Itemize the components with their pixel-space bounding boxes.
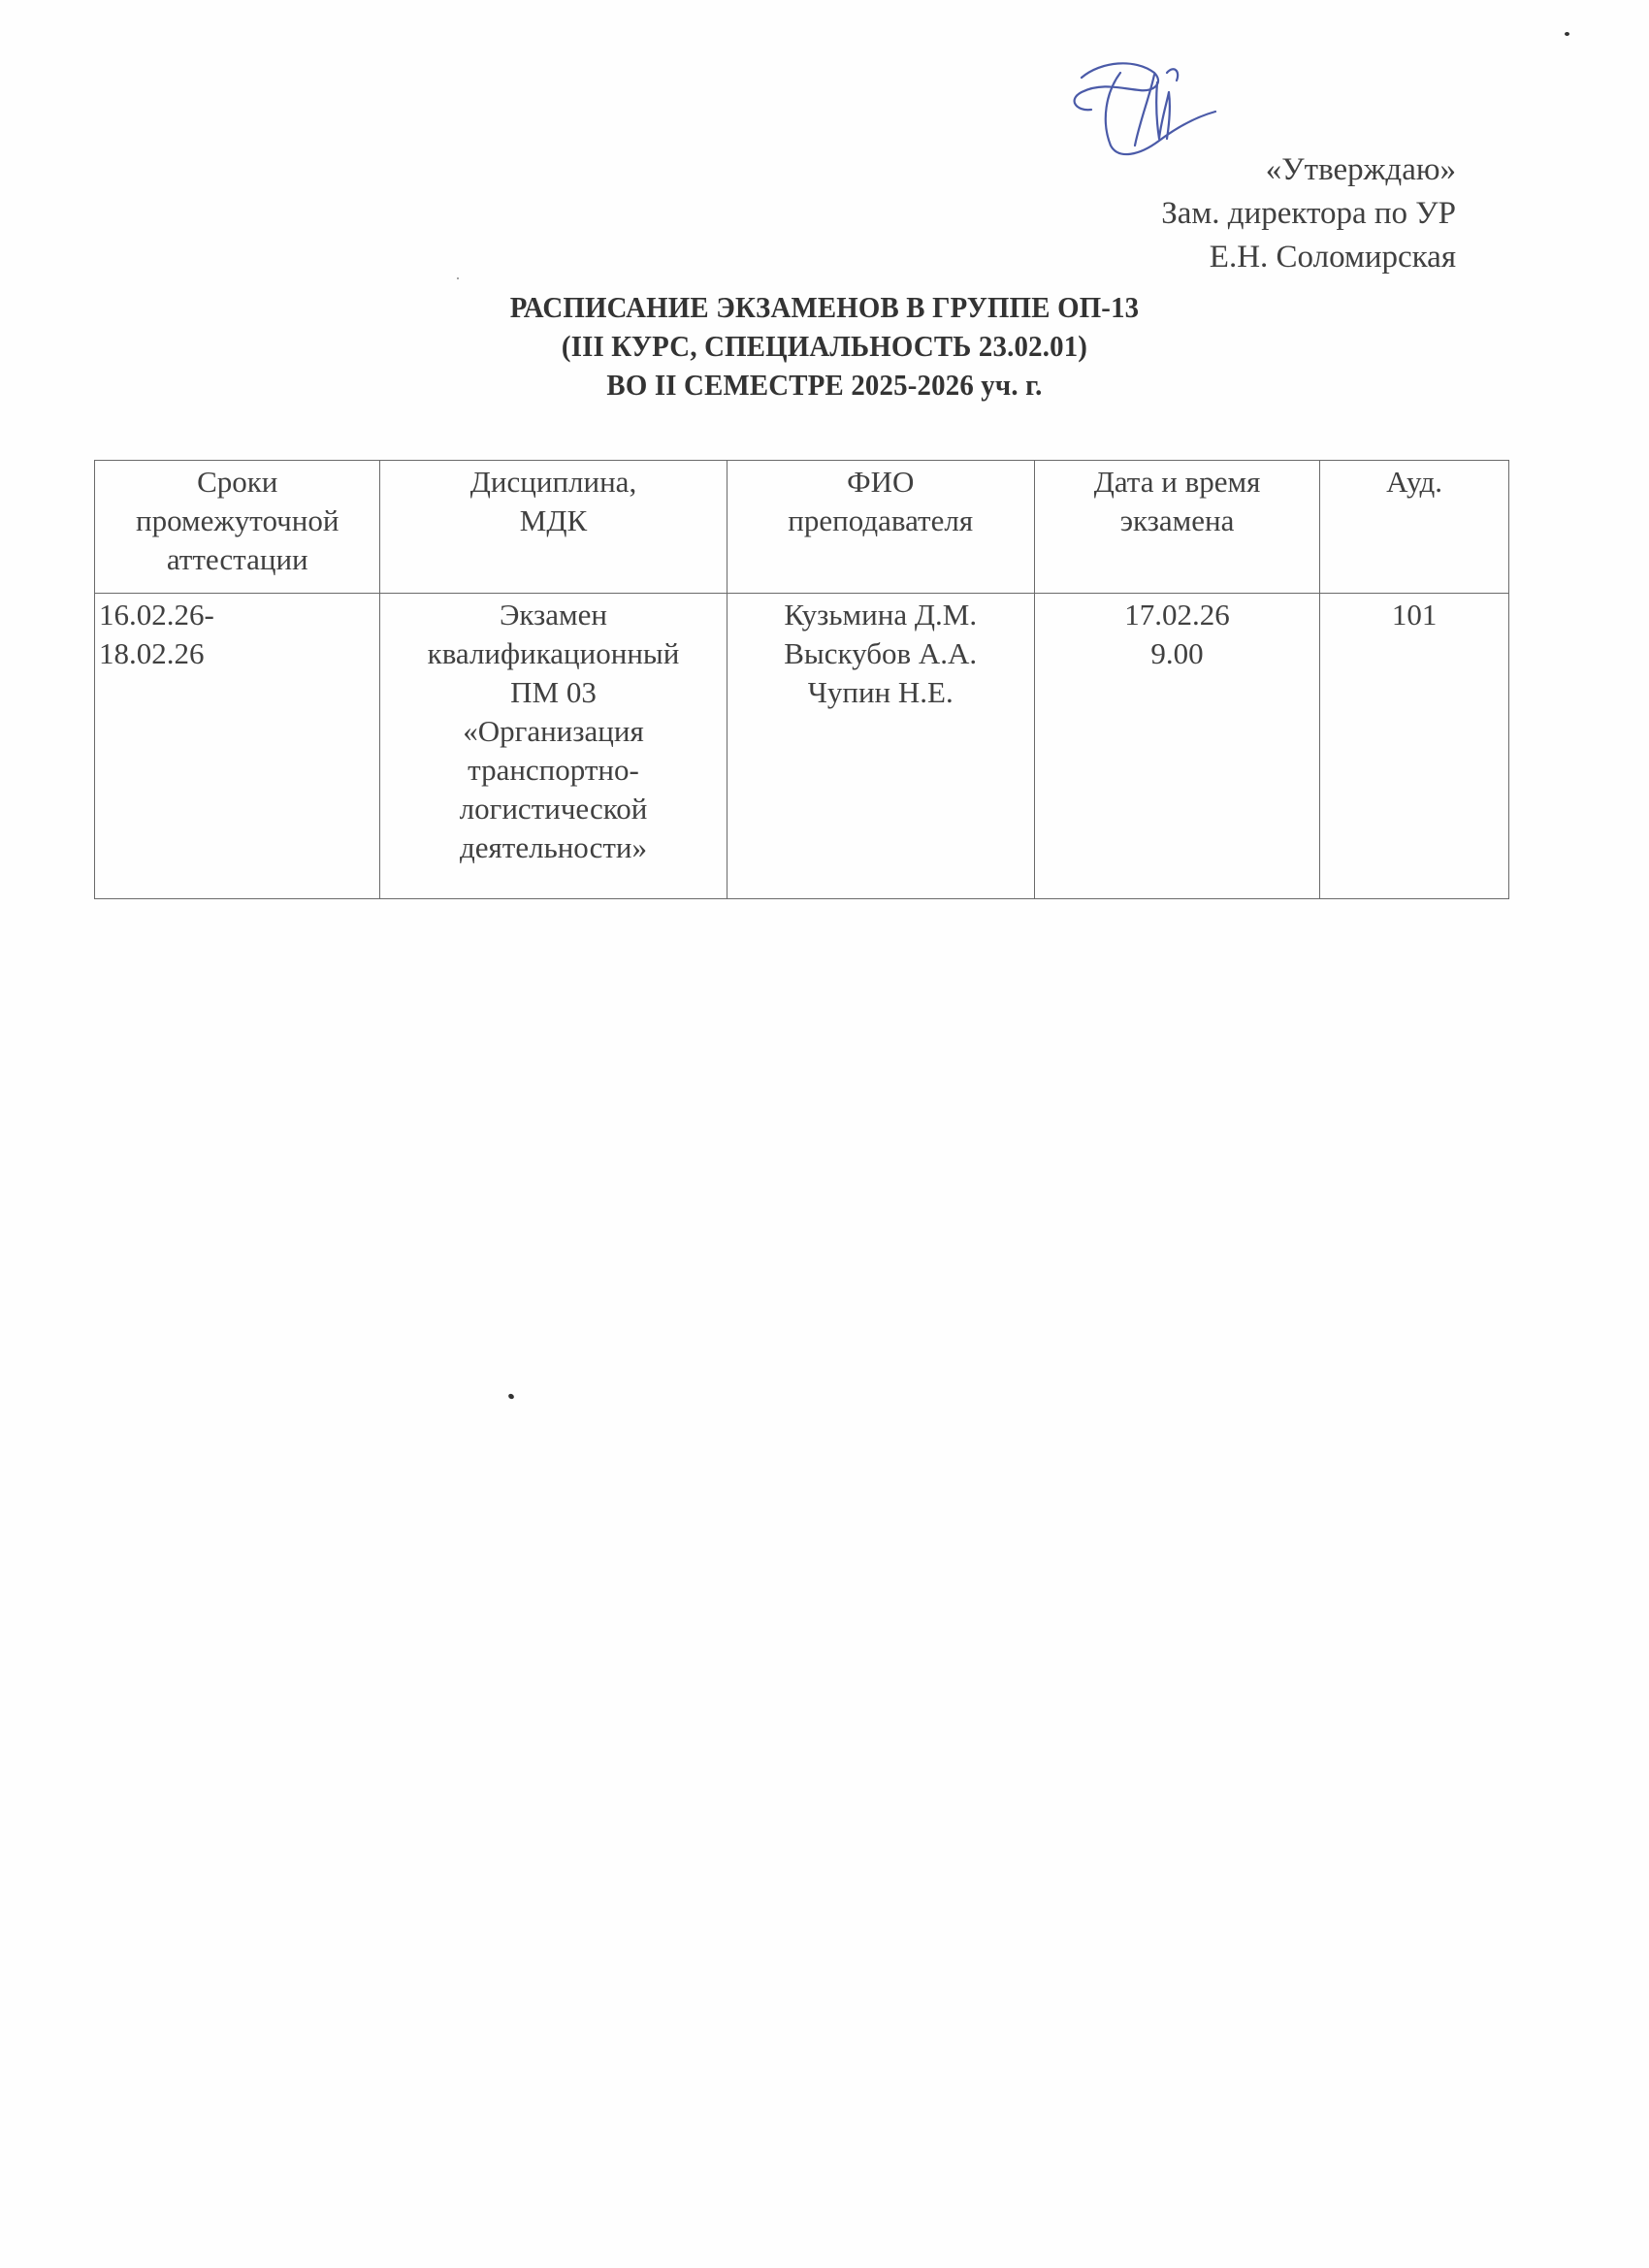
title-line-1: РАСПИСАНИЕ ЭКЗАМЕНОВ В ГРУППЕ ОП-13 — [58, 288, 1592, 327]
title-line-3: ВО II СЕМЕСТРЕ 2025-2026 уч. г. — [58, 366, 1592, 405]
cell-period: 16.02.26- 18.02.26 — [95, 594, 380, 899]
title-line-2: (III КУРС, СПЕЦИАЛЬНОСТЬ 23.02.01) — [58, 327, 1592, 366]
header-room: Ауд. — [1320, 461, 1509, 594]
approver-position: Зам. директора по УР — [1161, 192, 1456, 236]
approver-name: Е.Н. Соломирская — [1161, 236, 1456, 279]
document-title: РАСПИСАНИЕ ЭКЗАМЕНОВ В ГРУППЕ ОП-13 (III… — [0, 288, 1649, 405]
cell-discipline: Экзамен квалификационный ПМ 03 «Организа… — [380, 594, 727, 899]
header-period: Сроки промежуточной аттестации — [95, 461, 380, 594]
header-teacher: ФИО преподавателя — [727, 461, 1034, 594]
approval-block: «Утверждаю» Зам. директора по УР Е.Н. Со… — [1161, 148, 1456, 279]
approval-stamp: «Утверждаю» — [1161, 148, 1456, 192]
cell-teachers: Кузьмина Д.М. Выскубов А.А. Чупин Н.Е. — [727, 594, 1034, 899]
exam-schedule-table: Сроки промежуточной аттестации Дисциплин… — [94, 460, 1509, 899]
table-header-row: Сроки промежуточной аттестации Дисциплин… — [95, 461, 1509, 594]
table-row: 16.02.26- 18.02.26 Экзамен квалификацион… — [95, 594, 1509, 899]
scan-speck — [507, 1393, 515, 1401]
document-page: «Утверждаю» Зам. директора по УР Е.Н. Со… — [0, 0, 1649, 2268]
scan-speck — [1565, 32, 1569, 36]
scan-speck — [457, 277, 459, 279]
cell-datetime: 17.02.26 9.00 — [1034, 594, 1319, 899]
header-discipline: Дисциплина, МДК — [380, 461, 727, 594]
header-datetime: Дата и время экзамена — [1034, 461, 1319, 594]
cell-room: 101 — [1320, 594, 1509, 899]
